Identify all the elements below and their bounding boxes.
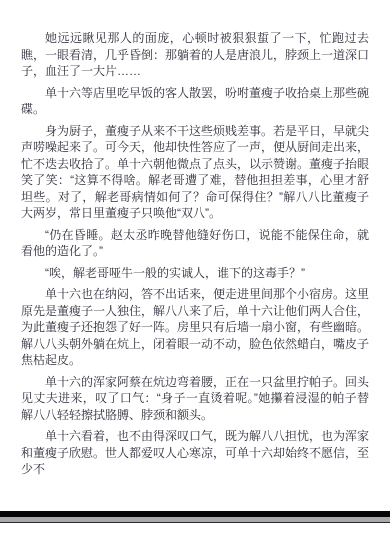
paragraph: 身为厨子，董瘦子从来不干这些烦贱差事。若是平日，早就尖声唠噪起来了。可今天，他却…	[21, 123, 369, 222]
paragraph: 单十六等店里吃早饭的客人散罢，吩咐董瘦子收拾桌上那些碗碟。	[21, 85, 369, 118]
page-break-separator	[0, 511, 390, 523]
paragraph: “仍在昏睡。赵太丞昨晚替他缝好伤口，说能不能保住命，就看他的造化了。”	[21, 227, 369, 260]
paragraph: 单十六看着，也不由得深叹口气，既为解八八担忧，也为浑家和董瘦子欣慰。世人都爱叹人…	[21, 428, 369, 478]
paragraph: 她远远瞅见那人的面庞，心顿时被狠狠蜇了一下，忙跑过去瞧，一眼看清，几乎昏倒：那躺…	[21, 30, 369, 80]
paragraph: “唉，解老哥哑牛一般的实诚人，谁下的这毒手？”	[21, 265, 369, 282]
paragraph: 单十六也在纳闷，答不出话来，便走进里间那个小宿房。这里原先是董瘦子一人独住，解八…	[21, 286, 369, 369]
page-text-area: 她远远瞅见那人的面庞，心顿时被狠狠蜇了一下，忙跑过去瞧，一眼看清，几乎昏倒：那躺…	[0, 0, 390, 511]
document-page: 她远远瞅见那人的面庞，心顿时被狠狠蜇了一下，忙跑过去瞧，一眼看清，几乎昏倒：那躺…	[0, 0, 390, 546]
next-page-blank	[0, 523, 390, 546]
paragraph: 单十六的浑家阿蔡在炕边弯着腰，正在一只盆里拧帕子。回头见丈夫进来，叹了口气：“身…	[21, 374, 369, 424]
